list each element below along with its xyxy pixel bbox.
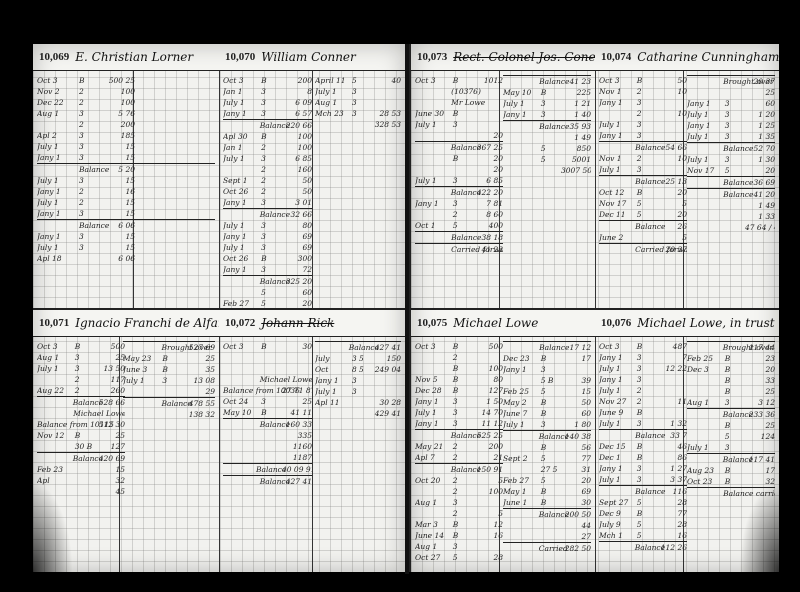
entry-date — [123, 342, 162, 353]
entry-amount: 1 25 — [748, 120, 775, 131]
entry-date: June 2 — [599, 232, 637, 243]
entry-reference: 2 — [261, 175, 285, 186]
ledger-entry: 335 — [223, 430, 312, 441]
scan-shadow — [739, 482, 779, 572]
entry-date — [503, 154, 541, 165]
entry-reference: 2 — [79, 197, 105, 208]
entry-date — [223, 164, 261, 175]
entry-amount: 11 — [660, 396, 687, 407]
ledger-entry: Jany 136 57 — [223, 108, 312, 119]
ledger-entry: July 1380 — [223, 220, 312, 231]
entry-amount: 1012 — [476, 75, 503, 86]
entry-reference: B — [637, 441, 660, 452]
entry-date: Feb 25 — [503, 386, 541, 397]
entry-reference: Balance — [260, 476, 286, 487]
entry-reference: Balance — [539, 509, 565, 520]
ledger-entry: Jan 12100 — [223, 142, 312, 153]
entry-date: Dec 3 — [687, 364, 725, 375]
entry-date: July 1 — [37, 242, 79, 253]
entry-amount: 127 — [476, 385, 503, 396]
entry-date: Nov 1 — [599, 86, 637, 97]
entry-amount: 1 35 — [748, 131, 775, 142]
entry-amount — [375, 386, 401, 397]
entry-date: July 9 — [599, 519, 637, 530]
entry-amount: 367 25 — [477, 142, 503, 153]
ledger-entry: Aug 23B17 — [687, 465, 775, 476]
ledger-entry: Balance367 25 — [415, 141, 503, 153]
ledger-entry: Oct 12B20 — [599, 187, 687, 198]
entry-date — [123, 386, 162, 397]
ledger-entry: Mr Lowe — [415, 97, 503, 108]
entry-date: Jan 1 — [223, 86, 261, 97]
debit-entries: Oct 3B5002B100Nov 5B80Dec 28B127Jany 131… — [415, 341, 503, 563]
entry-amount: 512 30 — [99, 419, 125, 430]
entry-reference: B — [75, 430, 98, 441]
entry-reference: B — [541, 408, 564, 419]
entry-date: Oct 3 — [415, 75, 453, 86]
entry-amount: 150 — [375, 353, 401, 364]
entry-reference: 2 — [637, 396, 660, 407]
entry-reference: (10376) — [451, 86, 477, 97]
entry-amount: 50 — [564, 397, 591, 408]
entry-date — [503, 431, 539, 442]
ledger-entry: 20 — [415, 164, 503, 175]
ledger-entry: June 14B16 — [415, 530, 503, 541]
entry-amount: 150 91 — [477, 464, 503, 475]
entry-amount: 52 70 — [749, 143, 775, 154]
entry-reference: 2 — [79, 86, 105, 97]
entry-amount: 7 81 — [476, 198, 503, 209]
ledger-entry: Balance117 41 — [687, 453, 775, 465]
entry-date — [503, 531, 541, 542]
ledger-entry: Jany 13 — [599, 374, 687, 385]
entry-amount: 15 — [105, 175, 135, 186]
entry-amount: 15 — [105, 141, 135, 152]
ledger-entry: Balance420 69 — [37, 452, 125, 464]
entry-reference: 5 — [637, 530, 660, 541]
ledger-entry: Feb 25515 — [503, 386, 591, 397]
entry-amount: 40 09 91 — [282, 464, 312, 475]
entry-reference: 3 — [453, 497, 476, 508]
entry-amount: 325 20 — [286, 276, 312, 287]
ledger-entry: July 136 85 — [223, 153, 312, 164]
entry-date: July 1 — [415, 119, 453, 130]
entry-reference — [79, 419, 99, 430]
entry-date: Jany 1 — [223, 264, 261, 275]
entry-date: July 1 — [37, 197, 79, 208]
ledger-entry: Balance35 93 — [503, 120, 591, 132]
entry-amount: 5 20 — [105, 164, 135, 175]
entry-date: Feb 27 — [503, 475, 541, 486]
entry-reference: B — [637, 187, 660, 198]
entry-amount: 27 — [564, 531, 591, 542]
ledger-entry: Nov 12B25 — [37, 430, 125, 441]
entry-amount: 54 66 — [661, 142, 687, 153]
entry-date: June 14 — [415, 530, 453, 541]
entry-date — [415, 97, 451, 108]
entry-reference: 2 — [453, 486, 476, 497]
ledger-entry: Jany 131 50 — [415, 396, 503, 407]
entry-amount: 46 — [660, 441, 687, 452]
entry-reference: 3 — [725, 397, 748, 408]
entry-reference: 5 B — [541, 375, 564, 386]
entry-reference — [265, 385, 282, 396]
entry-date — [503, 543, 539, 554]
entry-reference: Carried forward — [451, 244, 477, 255]
entry-reference: Mr Lowe — [451, 97, 477, 108]
ledger-entry — [223, 352, 312, 363]
entry-reference: Balance — [635, 486, 661, 497]
ledger-entry: 2160 — [223, 164, 312, 175]
ledger-entry: Jany 1311 12 — [415, 418, 503, 429]
entry-date — [315, 408, 352, 419]
ledger-entry: Jany 137 81 — [415, 198, 503, 209]
entry-date: Aug 1 — [687, 397, 725, 408]
entry-date: Dec 9 — [599, 508, 637, 519]
entry-amount: 1 49 — [564, 132, 591, 143]
entry-date: Mch 23 — [315, 108, 352, 119]
ledger-entry: Sept 2577 — [503, 453, 591, 464]
entry-amount: 527 69 — [188, 342, 216, 353]
entry-reference: 5 — [637, 497, 660, 508]
entry-date: Aug 1 — [415, 541, 453, 552]
entry-reference: 3 — [453, 418, 476, 429]
ledger-entry: Balance427 41 — [223, 475, 312, 487]
entry-amount: 500 — [98, 341, 125, 352]
entry-date: July 1 — [687, 154, 725, 165]
entry-date — [415, 363, 453, 374]
entry-date — [223, 209, 260, 220]
ledger-entry: July 13 — [415, 119, 503, 130]
entry-reference: 3 — [453, 396, 476, 407]
entry-date: Apl 11 — [315, 397, 352, 408]
entry-date — [123, 398, 162, 409]
account-header: 10,071 Ignacio Franchi de Alfaro — [33, 310, 219, 337]
entry-date — [503, 442, 541, 453]
entry-reference: Balance — [723, 409, 749, 420]
entry-date: Nov 27 — [599, 396, 637, 407]
entry-reference: 2 — [79, 186, 105, 197]
entry-date: Nov 5 — [415, 374, 453, 385]
entry-date: Oct 3 — [37, 75, 79, 86]
ledger-entry: 44 — [503, 520, 591, 531]
entry-amount: 33 7 — [661, 430, 687, 441]
entry-date — [503, 520, 541, 531]
debit-entries: Oct 3B500 25Nov 22100Dec 222100Aug 135 7… — [37, 75, 215, 264]
entry-amount — [285, 363, 312, 374]
entry-amount: 30 — [564, 497, 591, 508]
ledger-entry: Jany 13 — [315, 375, 401, 386]
entry-date: Sept 2 — [503, 453, 541, 464]
ledger-entry: Balance41 23 — [503, 75, 591, 87]
ledger-entry: Balance233 36 — [687, 408, 775, 420]
entry-date: Nov 2 — [37, 86, 79, 97]
entry-amount: 160 — [285, 164, 312, 175]
entry-reference: B — [541, 486, 564, 497]
ledger-entry: Balance25 13 — [599, 175, 687, 187]
entry-amount: 249 04 — [375, 364, 401, 375]
entry-amount: 6 85 — [476, 175, 503, 186]
entry-date: June 30 — [415, 108, 453, 119]
entry-amount: 20 — [476, 130, 503, 141]
entry-reference: 3 — [79, 231, 105, 242]
entry-reference: 3 — [637, 374, 660, 385]
ledger-entry: Mar 3B12 — [415, 519, 503, 530]
entry-date: Sept 27 — [599, 497, 637, 508]
entry-amount: 28 53 — [375, 108, 401, 119]
ledger-entry: 1187 — [223, 452, 312, 463]
ledger-entry: Balance525 25 — [415, 429, 503, 441]
entry-date — [415, 153, 453, 164]
entry-reference: Balance — [260, 209, 286, 220]
ledger-entry: May 2B50 — [503, 397, 591, 408]
ledger-entry: Nov 22100 — [37, 86, 215, 97]
entry-reference: B — [261, 341, 285, 352]
entry-date — [687, 76, 723, 87]
ledger-entry: Oct 3B1012 — [415, 75, 503, 86]
entry-amount: 41 11 — [285, 407, 312, 418]
entry-amount: 17 — [748, 465, 775, 476]
entry-amount: 6 09 — [285, 97, 312, 108]
entry-date — [123, 409, 162, 420]
entry-reference — [637, 232, 660, 243]
ledger-entry: Jany 137 — [599, 352, 687, 363]
entry-amount: 6 06 — [105, 253, 135, 264]
entry-amount: 5 — [660, 198, 687, 209]
entry-date — [415, 508, 453, 519]
ledger-entry: Oct 27528 — [415, 552, 503, 563]
entry-amount: 45 — [98, 486, 125, 497]
entry-reference: 3 — [453, 541, 476, 552]
entry-date — [315, 342, 349, 353]
entry-amount: 31 — [564, 464, 591, 475]
ledger-entry: Jany 13 — [599, 97, 687, 108]
entry-reference: 2 — [261, 164, 285, 175]
account-holder-name: Ignacio Franchi de Alfaro — [75, 316, 219, 330]
entry-reference: Balance — [73, 453, 99, 464]
entry-reference: Balance — [539, 121, 565, 132]
entry-reference: 3 — [541, 109, 564, 120]
entry-amount: 12 — [476, 519, 503, 530]
debit-entries: Oct 3B487Jany 137July 1312 22Jany 13July… — [599, 341, 687, 553]
entry-date — [503, 509, 539, 520]
entry-amount: 15 — [105, 152, 135, 163]
entry-date — [415, 130, 453, 141]
entry-amount: 12 22 — [660, 363, 687, 374]
ledger-entry: 5 B39 — [503, 375, 591, 386]
entry-amount: 13 50 — [98, 363, 125, 374]
entry-date: July 1 — [599, 164, 637, 175]
entry-reference — [725, 87, 748, 98]
ledger-columns: Oct 3B500 25Nov 22100Dec 222100Aug 135 7… — [33, 71, 219, 308]
entry-reference: 5 — [637, 209, 660, 220]
entry-amount: 8 60 — [476, 209, 503, 220]
entry-date: Jany 1 — [599, 97, 637, 108]
ledger-entry: June 30B — [415, 108, 503, 119]
entry-reference: 5 — [541, 386, 564, 397]
entry-date — [599, 142, 635, 153]
entry-reference: B — [725, 353, 748, 364]
entry-amount: 15 — [564, 386, 591, 397]
entry-date: July 1 — [415, 407, 453, 418]
entry-reference: B — [453, 363, 476, 374]
entry-date — [223, 120, 260, 131]
entry-amount — [286, 374, 312, 385]
entry-reference — [541, 132, 564, 143]
entry-amount: 100 — [285, 142, 312, 153]
entry-date — [687, 200, 725, 211]
entry-reference: B — [453, 374, 476, 385]
entry-amount: 33 — [748, 375, 775, 386]
entry-reference: B — [725, 375, 748, 386]
entry-date: Oct 3 — [223, 75, 261, 86]
entry-reference: Balance — [539, 76, 565, 87]
account-10070: 10,070 William Conner Oct 3B200Jan 138Ju… — [219, 44, 405, 308]
ledger-entry: 2117 — [37, 374, 125, 385]
ledger-entry: Oct 15400 — [415, 220, 503, 231]
entry-date — [37, 453, 73, 464]
ledger-entry: 20 — [415, 130, 503, 141]
ledger-entry: June 1B30 — [503, 497, 591, 508]
entry-date — [37, 119, 79, 130]
ledger-entry: July 13 — [315, 86, 401, 97]
ledger-entry: Nov 1755 — [599, 198, 687, 209]
entry-date: Oct 24 — [223, 396, 261, 407]
ledger-entry: Balance150 91 — [415, 463, 503, 475]
entry-date — [599, 486, 635, 497]
entry-date: July — [315, 353, 352, 364]
ledger-entry: Nov 1210 — [599, 153, 687, 164]
entry-reference: 3 — [637, 164, 660, 175]
entry-reference: Balance — [635, 221, 661, 232]
ledger-entry: Oct 3B500 — [37, 341, 125, 352]
debit-entries: Oct 3B500Aug 1325July 1313 502117Aug 222… — [37, 341, 125, 497]
entry-amount — [748, 442, 775, 453]
entry-reference: 2 — [75, 385, 98, 396]
account-holder-name: Michael Lowe — [453, 316, 538, 330]
account-number: 10,073 — [417, 51, 447, 63]
entry-reference: B — [725, 364, 748, 375]
entry-amount: 25 — [748, 87, 775, 98]
account-number: 10,075 — [417, 317, 447, 329]
entry-reference: 3 — [453, 407, 476, 418]
account-number: 10,076 — [601, 317, 631, 329]
entry-amount: 86 — [660, 452, 687, 463]
entry-date — [503, 375, 541, 386]
ledger-entry: Aug 222260 — [37, 385, 125, 396]
entry-reference: 3 — [261, 264, 285, 275]
ledger-entry: Oct 24325 — [223, 396, 312, 407]
entry-reference: 3 — [79, 208, 105, 219]
entry-reference: 2 — [453, 452, 476, 463]
ledger-entry: Jan 138 — [223, 86, 312, 97]
entry-reference: B — [541, 353, 564, 364]
ledger-entry: Feb 27520 — [503, 475, 591, 486]
entry-amount: 60 — [748, 98, 775, 109]
entry-amount: 69 — [564, 486, 591, 497]
entry-amount: 72 — [285, 264, 312, 275]
account-header: 10,074 Catharine Cunningham — [595, 44, 779, 71]
ledger-entry: July 1215 — [37, 197, 215, 208]
ledger-entry: 2100 — [415, 486, 503, 497]
debit-entries: Oct 3B50Nov 1210Jany 13210July 13Jany 13… — [599, 75, 687, 255]
entry-reference: 3 — [261, 197, 285, 208]
entry-amount: 1 27 — [660, 463, 687, 474]
entry-date — [415, 164, 453, 175]
entry-amount: 124 — [748, 431, 775, 442]
entry-reference: B — [453, 341, 476, 352]
ledger-entry: May 10B225 — [503, 87, 591, 98]
entry-amount: 282 50 — [565, 543, 591, 554]
ledger-entry: Balance17 12 — [503, 341, 591, 353]
entry-amount: 20 37 — [749, 76, 775, 87]
entry-reference: 2 — [637, 108, 660, 119]
ledger-entry: 560 — [223, 287, 312, 298]
entry-amount: 41 23 — [477, 244, 503, 255]
ledger-entry: Jany 13 — [599, 130, 687, 141]
entry-amount: 20 — [660, 209, 687, 220]
entry-reference: 3 — [725, 154, 748, 165]
entry-date: Jany 1 — [415, 198, 453, 209]
entry-date — [415, 209, 453, 220]
account-number: 10,071 — [39, 317, 69, 329]
entry-reference: 2 — [637, 86, 660, 97]
ledger-entry: Nov 5B80 — [415, 374, 503, 385]
ledger-entry: July 12 — [599, 385, 687, 396]
entry-amount: 160 33 — [286, 419, 312, 430]
entry-date — [687, 431, 725, 442]
entry-amount — [660, 385, 687, 396]
entry-amount: 20 — [476, 164, 503, 175]
entry-date: Apl 18 — [37, 253, 79, 264]
ledger-entry: Balance116 — [599, 485, 687, 497]
ledger-entry: Aug 13 — [415, 497, 503, 508]
ledger-entry: Oct8 5249 04 — [315, 364, 401, 375]
entry-date — [223, 441, 261, 452]
entry-reference — [352, 119, 375, 130]
ledger-page-left: 10,069 E. Christian Lorner Oct 3B500 25N… — [33, 44, 407, 572]
entry-date: July 1 — [37, 175, 79, 186]
entry-date: July 1 — [223, 153, 261, 164]
entry-amount: 25 — [285, 396, 312, 407]
entry-reference: 5 — [637, 198, 660, 209]
entry-date — [599, 221, 635, 232]
entry-amount: 15 — [105, 197, 135, 208]
entry-amount: 13 08 — [187, 375, 215, 386]
entry-date — [687, 375, 725, 386]
ledger-entry: Jany 131 27 — [599, 463, 687, 474]
entry-reference: Balance — [79, 164, 105, 175]
credit-entries: Balance41 23May 10B225July 131 21Jany 13… — [503, 75, 591, 176]
entry-date — [315, 119, 352, 130]
entry-amount: 8 — [285, 86, 312, 97]
entry-date — [503, 165, 539, 176]
entry-reference — [79, 253, 105, 264]
entry-reference: Balance — [260, 419, 286, 430]
ledger-entry: Brought over117 44 — [687, 341, 775, 353]
entry-date — [687, 211, 725, 222]
entry-amount — [99, 408, 125, 419]
credit-entries: Balance17 12Dec 23B17Jany 135 B39Feb 255… — [503, 341, 591, 554]
ledger-entry: 5850 — [503, 143, 591, 154]
entry-amount: 225 — [564, 87, 591, 98]
entry-amount: 500 25 — [105, 75, 135, 86]
ledger-entry: Michael Lowe — [37, 408, 125, 419]
entry-reference: 3 — [637, 363, 660, 374]
entry-date — [503, 132, 541, 143]
ledger-entry: July 1313 50 — [37, 363, 125, 374]
entry-date: July 1 — [503, 98, 541, 109]
